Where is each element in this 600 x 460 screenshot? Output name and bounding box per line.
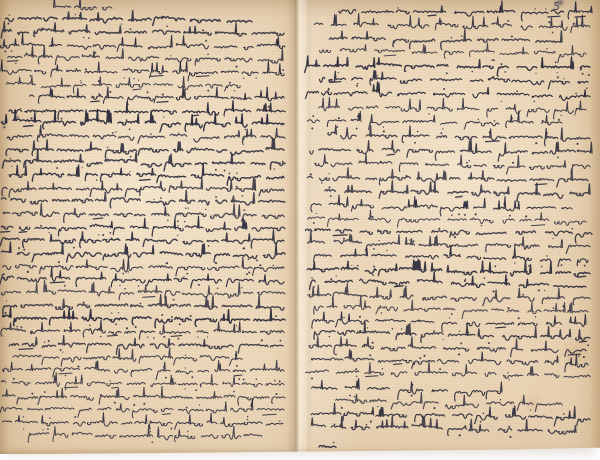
page-right xyxy=(312,0,600,454)
page-number: 5 xyxy=(552,1,560,14)
manuscript-photo: 5 xyxy=(0,0,600,460)
paper-sheet: 5 xyxy=(0,0,600,454)
page-left xyxy=(0,0,288,454)
center-fold-crease xyxy=(286,0,312,454)
